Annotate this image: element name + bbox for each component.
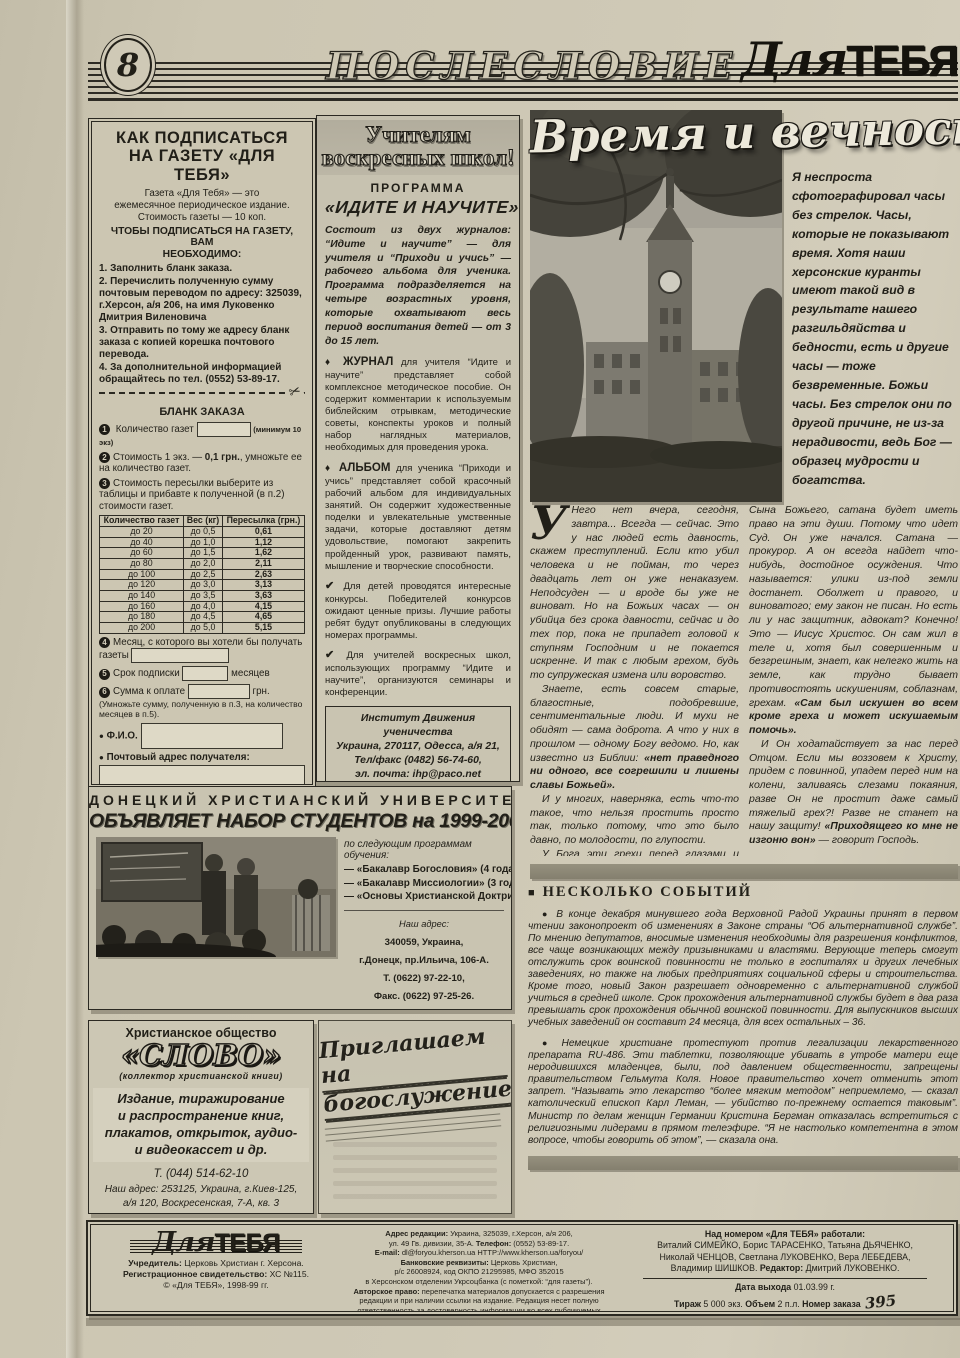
square-icon: ■ — [528, 887, 535, 899]
article-column-2: Сына Божьего, сатана будет иметь право н… — [749, 504, 958, 856]
page-footer: ДляТЕБЯ Учредитель: Церковь Христиан г. … — [86, 1220, 958, 1316]
article-intro: Я неспроста сфотографировал часы без стр… — [792, 168, 956, 489]
footer-logo: ДляТЕБЯ — [144, 1227, 288, 1258]
copyright-line: © «Для ТЕБЯ», 1998-99 гг. — [91, 1280, 341, 1291]
tirazh-line: Тираж 5 000 экз. Объем 2 п.л. Номер зака… — [625, 1293, 945, 1312]
footer-publisher-block: ДляТЕБЯ Учредитель: Церковь Христиан г. … — [91, 1225, 341, 1311]
bullet-icon: ● — [542, 909, 550, 919]
order-number: 395 — [864, 1292, 897, 1312]
shipping-table: Количество газет Вес (кг) Пересылка (грн… — [99, 515, 305, 633]
institute-box: Институт Движения ученичества Украина, 2… — [325, 706, 511, 782]
sunday-school-box: Учителямвоскресных школ! ПРОГРАММА «ИДИТ… — [316, 115, 520, 782]
bullet-icon: ● — [99, 753, 104, 762]
article-body: УНего нет вчера, сегодня, завтра... Всег… — [530, 504, 958, 856]
check-icon: ✔ — [325, 580, 334, 592]
invite-title: Приглашаем на богослужение — [318, 1023, 510, 1121]
masthead-script: Для — [741, 32, 846, 86]
news-title: ■НЕСКОЛЬКО СОБЫТИЙ — [528, 884, 958, 901]
howto-heading: ЧТОБЫ ПОДПИСАТЬСЯ НА ГАЗЕТУ, ВАМНЕОБХОДИ… — [99, 226, 305, 261]
footer-divider — [643, 1278, 927, 1279]
slovo-name: «СЛОВО» — [95, 1040, 307, 1070]
page-header: 8 ПОСЛЕСЛОВИЕ ДляТЕБЯ — [88, 42, 958, 114]
footer-address-block: Адрес редакции: Украина, 325039, г.Херсо… — [341, 1225, 617, 1311]
fio-field: ● Ф.И.О. — [99, 723, 305, 749]
address-label: Наш адрес: — [399, 919, 449, 929]
program-intro: Состоит из двух журналов: “Идите и научи… — [325, 224, 511, 348]
staff-title: Над номером «Для ТЕБЯ» работали: — [625, 1229, 945, 1240]
num-badge: 5 — [99, 669, 110, 680]
editor-line: Владимир ШИШКОВ. Редактор: Дмитрий ЛУКОВ… — [625, 1263, 945, 1274]
article-end-bar — [530, 864, 958, 879]
program-item: — «Бакалавр Богословия» (4 года) — [344, 863, 504, 877]
institute-address: Украина, 270117, Одесса, а/я 21, — [336, 741, 500, 752]
bleed-through-texture — [319, 1142, 511, 1199]
form-item-month: 4Месяц, с которого вы хотели бы получать… — [99, 637, 305, 664]
footer-shadow-bar — [86, 1318, 960, 1326]
subscription-intro: Газета «Для Тебя» — это ежемесячное пери… — [99, 188, 305, 223]
num-badge: 1 — [99, 424, 110, 435]
table-header-cell: Вес (кг) — [184, 516, 223, 527]
teachers-headline: Учителямвоскресных школ! — [317, 120, 519, 175]
masthead-logo: ДляТЕБЯ — [741, 32, 958, 86]
table-row: до 200до 5,05,15 — [100, 623, 305, 634]
paragraph: И у многих, наверняка, есть что-то такое… — [530, 793, 739, 848]
university-address: Наш адрес: 340059, Украина, г.Донецк, пр… — [344, 910, 504, 1011]
album-paragraph: ♦ АЛЬБОМ для ученика “Приходи и учись” п… — [325, 461, 511, 572]
cut-line: ✂ — [99, 392, 305, 404]
staff-line: Виталий СИМЕЙКО, Борис ТАРАСЕНКО, Татьян… — [625, 1240, 945, 1251]
table-row: до 120до 3,03,13 — [100, 580, 305, 591]
page-number: 8 — [117, 46, 139, 84]
paragraph: Знаете, есть совсем старые, благостные, … — [530, 683, 739, 793]
contest-note: ✔ Для детей проводятся интересные конкур… — [325, 580, 511, 642]
address-input[interactable] — [99, 765, 305, 785]
subscription-step: 3. Отправить по тому же адресу бланк зак… — [99, 325, 305, 361]
num-badge: 6 — [99, 687, 110, 698]
institute-email: эл. почта: ihp@paco.net — [355, 769, 481, 780]
article-title: Время и вечность — [529, 102, 958, 164]
university-email: E-mail: studdean@dcu.dc.donetsk.ua — [347, 1009, 500, 1011]
form-item-quantity: 1 Количество газет (минимум 10 экз) — [99, 422, 305, 449]
form-item-price: 2Стоимость 1 экз. — 0,1 грн., умножьте е… — [99, 452, 305, 475]
paragraph: УНего нет вчера, сегодня, завтра... Всег… — [530, 504, 739, 683]
check-icon: ✔ — [325, 649, 334, 661]
institute-name: Институт Движения ученичества — [361, 713, 475, 738]
university-ad: ДОНЕЦКИЙ ХРИСТИАНСКИЙ УНИВЕРСИТЕТ ОБЪЯВЛ… — [88, 786, 512, 1010]
footer-staff-block: Над номером «Для ТЕБЯ» работали: Виталий… — [617, 1225, 953, 1311]
bullet-icon: ● — [542, 1038, 555, 1048]
program-label: ПРОГРАММА — [325, 181, 511, 195]
table-row: до 180до 4,54,65 — [100, 612, 305, 623]
program-item: — «Бакалавр Миссиологии» (3 года) — [344, 877, 504, 891]
form-item-shipping: 3Стоимость пересылки выберите из таблицы… — [99, 478, 305, 513]
num-badge: 2 — [99, 452, 110, 463]
footer-email: dl@foryou.kherson.ua HTTP://www.kherson.… — [400, 1248, 584, 1257]
diamond-icon: ♦ — [325, 357, 335, 368]
order-form-title: БЛАНК ЗАКАЗА — [99, 406, 305, 419]
news-item: ●В конце декабря минувшего года Верховно… — [528, 909, 958, 1029]
slovo-subtitle: (коллектор христианской книги) — [95, 1071, 307, 1081]
drop-cap: У — [530, 506, 567, 542]
slovo-phone: Т. (044) 514-62-10 — [95, 1168, 307, 1180]
staff-line: Николай ЧЕНЦОВ, Светлана ЛУКОВЕНКО, Вера… — [625, 1252, 945, 1263]
time-eternity-article: Время и вечность Я неспроста сфотографир… — [528, 106, 958, 888]
table-header-cell: Количество газет — [100, 516, 184, 527]
seminar-note: ✔ Для учителей воскресных школ, использу… — [325, 649, 511, 699]
article-column-1: УНего нет вчера, сегодня, завтра... Всег… — [530, 504, 739, 856]
masthead-block: ТЕБЯ — [846, 37, 958, 85]
total-input[interactable] — [188, 684, 250, 699]
news-item: ●Немецкие христиане протестуют против ле… — [528, 1038, 958, 1146]
diamond-icon: ♦ — [325, 463, 333, 474]
month-input[interactable] — [131, 648, 229, 663]
order-form: БЛАНК ЗАКАЗА 1 Количество газет (минимум… — [99, 406, 305, 785]
table-header-row: Количество газет Вес (кг) Пересылка (грн… — [100, 516, 305, 527]
subscription-title: КАК ПОДПИСАТЬСЯ НА ГАЗЕТУ «ДЛЯ ТЕБЯ» — [99, 129, 305, 184]
album-term: АЛЬБОМ — [339, 462, 391, 474]
section-title: ПОСЛЕСЛОВИЕ — [326, 44, 666, 88]
news-section: ■НЕСКОЛЬКО СОБЫТИЙ ●В конце декабря мину… — [528, 882, 958, 1170]
institute-phone: Тел/факс (0482) 56-74-60, — [354, 755, 482, 766]
table-row: до 20до 0,50,61 — [100, 527, 305, 538]
program-title: «ИДИТЕ И НАУЧИТЕ» — [324, 197, 511, 218]
university-name: ДОНЕЦКИЙ ХРИСТИАНСКИЙ УНИВЕРСИТЕТ — [89, 792, 511, 808]
clock-tower-photo — [530, 110, 782, 502]
subscription-step: 4. За дополнительной информацией обращай… — [99, 362, 305, 386]
duration-input[interactable] — [182, 666, 228, 681]
newspaper-page: 8 ПОСЛЕСЛОВИЕ ДляТЕБЯ КАК ПОДПИСАТЬСЯ НА… — [0, 0, 960, 1358]
paragraph: Сына Божьего, сатана будет иметь право н… — [749, 504, 958, 738]
slovo-address: Наш адрес: 253125, Украина, г.Киев-125,а… — [95, 1183, 307, 1210]
program-item: — «Основы Христианской Доктрины и Миссии… — [344, 890, 504, 904]
fio-input[interactable] — [141, 723, 283, 749]
total-note: (Умножьте сумму, полученную в п.3, на ко… — [99, 699, 305, 719]
paragraph: И Он ходатайствует за нас перед Отцом. Е… — [749, 738, 958, 848]
slovo-services: Издание, тиражированиеи распространение … — [93, 1088, 309, 1162]
quantity-input[interactable] — [197, 422, 251, 437]
form-item-duration: 5Срок подписки месяцев — [99, 666, 305, 681]
subscription-box: КАК ПОДПИСАТЬСЯ НА ГАЗЕТУ «ДЛЯ ТЕБЯ» Газ… — [88, 118, 316, 788]
num-badge: 4 — [99, 637, 110, 648]
news-end-bar — [528, 1156, 958, 1170]
journal-term: ЖУРНАЛ — [343, 356, 393, 368]
price-bold: 0,1 грн. — [205, 452, 240, 463]
table-row: до 40до 1,01,12 — [100, 537, 305, 548]
paragraph: У Бога эти грехи перед глазами и время з… — [530, 848, 739, 856]
journal-paragraph: ♦ ЖУРНАЛ для учителя “Идите и научите” п… — [325, 355, 511, 454]
date-line: Дата выхода 01.03.99 г. — [625, 1282, 945, 1293]
worship-invite-box: Приглашаем на богослужение — [318, 1020, 512, 1214]
num-badge: 3 — [99, 478, 110, 489]
subscription-step: 1. Заполнить бланк заказа. — [99, 263, 305, 275]
university-announce: ОБЪЯВЛЯЕТ НАБОР СТУДЕНТОВ на 1999-2000 у… — [89, 810, 511, 833]
page-number-badge: 8 — [104, 38, 152, 92]
slovo-ad: Христианское общество «СЛОВО» (коллектор… — [88, 1020, 314, 1214]
table-row: до 140до 3,53,63 — [100, 591, 305, 602]
programs-intro: по следующим программам обучения: — [344, 839, 504, 861]
founder-line: Учредитель: Церковь Христиан г. Херсона. — [91, 1258, 341, 1269]
table-row: до 80до 2,02,11 — [100, 559, 305, 570]
address-field: ● Почтовый адрес получателя: — [99, 752, 305, 785]
registration-line: Регистрационное свидетельство: ХС №115. — [91, 1269, 341, 1280]
classroom-photo — [96, 837, 336, 957]
table-header-cell: Пересылка (грн.) — [222, 516, 304, 527]
table-row: до 60до 1,51,62 — [100, 548, 305, 559]
bullet-icon: ● — [99, 731, 104, 740]
form-item-total: 6Сумма к оплате грн. (Умножьте сумму, по… — [99, 684, 305, 719]
table-row: до 160до 4,04,15 — [100, 601, 305, 612]
subscription-step: 2. Перечислить полученную сумму почтовым… — [99, 276, 305, 324]
table-row: до 100до 2,52,63 — [100, 569, 305, 580]
